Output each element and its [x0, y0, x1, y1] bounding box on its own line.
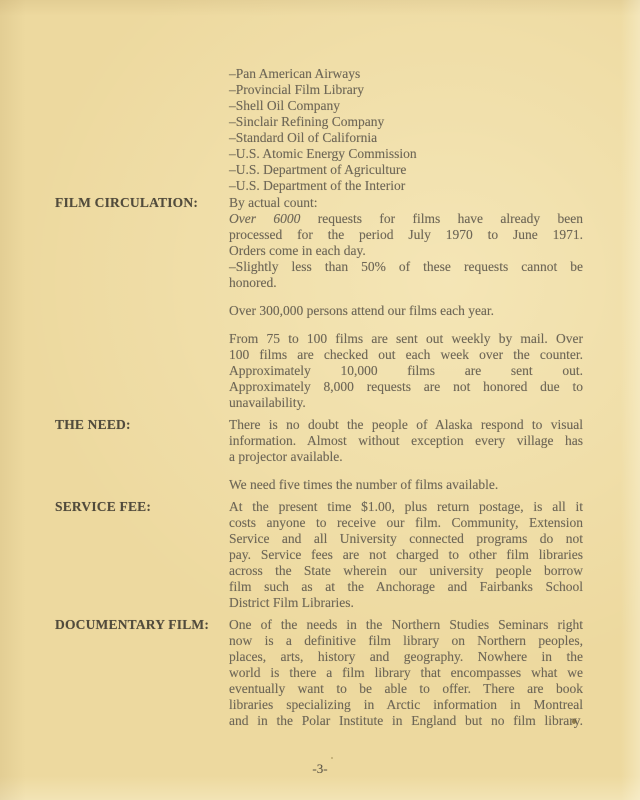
continuation-list: –Pan American Airways–Provincial Film Li… — [229, 66, 640, 194]
list-item: –U.S. Department of Agriculture — [229, 162, 640, 178]
section-label: FILM CIRCULATION: — [55, 195, 229, 411]
paragraph: From 75 to 100 films are sent out weekly… — [229, 331, 583, 411]
text-line: Service and all University connected pro… — [229, 531, 583, 547]
text-line: At the present time $1.00, plus return p… — [229, 499, 583, 515]
text-line: There is no doubt the people of Alaska r… — [229, 417, 583, 433]
text-line: information. Almost without exception ev… — [229, 433, 583, 449]
text-line: a projector available. — [229, 449, 583, 465]
list-item: –Standard Oil of California — [229, 130, 640, 146]
text-line: Orders come in each day. — [229, 243, 583, 259]
section-body: By actual count:Over 6000 requests for f… — [229, 195, 583, 411]
section-label: SERVICE FEE: — [55, 499, 229, 611]
text-line: now is a definitive film library on Nort… — [229, 633, 583, 649]
text-line: Approximately 8,000 requests are not hon… — [229, 379, 583, 395]
sections-container: FILM CIRCULATION:By actual count:Over 60… — [0, 195, 640, 729]
list-item: –U.S. Department of the Interior — [229, 178, 640, 194]
text-line: pay. Service fees are not charged to oth… — [229, 547, 583, 563]
italic-text: Over 6000 — [229, 211, 300, 226]
text-line: world is there a film library that encom… — [229, 665, 583, 681]
text-line: processed for the period July 1970 to Ju… — [229, 227, 583, 243]
text-line: and in the Polar Institute in England bu… — [229, 713, 583, 729]
section-the-need: THE NEED:There is no doubt the people of… — [0, 417, 640, 493]
list-item: –Pan American Airways — [229, 66, 640, 82]
text-line: Approximately 10,000 films are sent out. — [229, 363, 583, 379]
paragraph: Over 300,000 persons attend our films ea… — [229, 303, 583, 319]
text-line: eventually want to be able to offer. The… — [229, 681, 583, 697]
list-item: –Shell Oil Company — [229, 98, 640, 114]
paper-speck — [572, 719, 576, 724]
list-item: –U.S. Atomic Energy Commission — [229, 146, 640, 162]
section-documentary-film: DOCUMENTARY FILM:One of the needs in the… — [0, 617, 640, 729]
text-line: film such as at the Anchorage and Fairba… — [229, 579, 583, 595]
text-line: –Slightly less than 50% of these request… — [229, 259, 583, 275]
text-line: 100 films are checked out each week over… — [229, 347, 583, 363]
text-line: costs anyone to receive our film. Commun… — [229, 515, 583, 531]
paragraph: One of the needs in the Northern Studies… — [229, 617, 583, 729]
list-item: –Provincial Film Library — [229, 82, 640, 98]
text-line: honored. — [229, 275, 583, 291]
text-line: From 75 to 100 films are sent out weekly… — [229, 331, 583, 347]
paragraph: At the present time $1.00, plus return p… — [229, 499, 583, 611]
paragraph: There is no doubt the people of Alaska r… — [229, 417, 583, 465]
plain-text: requests for films have already been — [300, 211, 583, 226]
text-line: Over 6000 requests for films have alread… — [229, 211, 583, 227]
text-line: By actual count: — [229, 195, 583, 211]
section-body: One of the needs in the Northern Studies… — [229, 617, 583, 729]
section-film-circulation: FILM CIRCULATION:By actual count:Over 60… — [0, 195, 640, 411]
section-service-fee: SERVICE FEE:At the present time $1.00, p… — [0, 499, 640, 611]
text-line: places, arts, history and geography. Now… — [229, 649, 583, 665]
text-line: One of the needs in the Northern Studies… — [229, 617, 583, 633]
section-label: DOCUMENTARY FILM: — [55, 617, 229, 729]
page-number: -3- — [0, 761, 640, 777]
section-body: There is no doubt the people of Alaska r… — [229, 417, 583, 493]
paragraph: We need five times the number of films a… — [229, 477, 583, 493]
paper-speck — [331, 757, 333, 759]
text-line: Over 300,000 persons attend our films ea… — [229, 303, 583, 319]
text-line: District Film Libraries. — [229, 595, 583, 611]
section-label: THE NEED: — [55, 417, 229, 493]
page-content: –Pan American Airways–Provincial Film Li… — [0, 66, 640, 735]
text-line: libraries specializing in Arctic informa… — [229, 697, 583, 713]
list-item: –Sinclair Refining Company — [229, 114, 640, 130]
scanned-document-page: –Pan American Airways–Provincial Film Li… — [0, 0, 640, 800]
section-body: At the present time $1.00, plus return p… — [229, 499, 583, 611]
text-line: across the State wherein our university … — [229, 563, 583, 579]
text-line: We need five times the number of films a… — [229, 477, 583, 493]
text-line: unavailability. — [229, 395, 583, 411]
paragraph: By actual count:Over 6000 requests for f… — [229, 195, 583, 291]
